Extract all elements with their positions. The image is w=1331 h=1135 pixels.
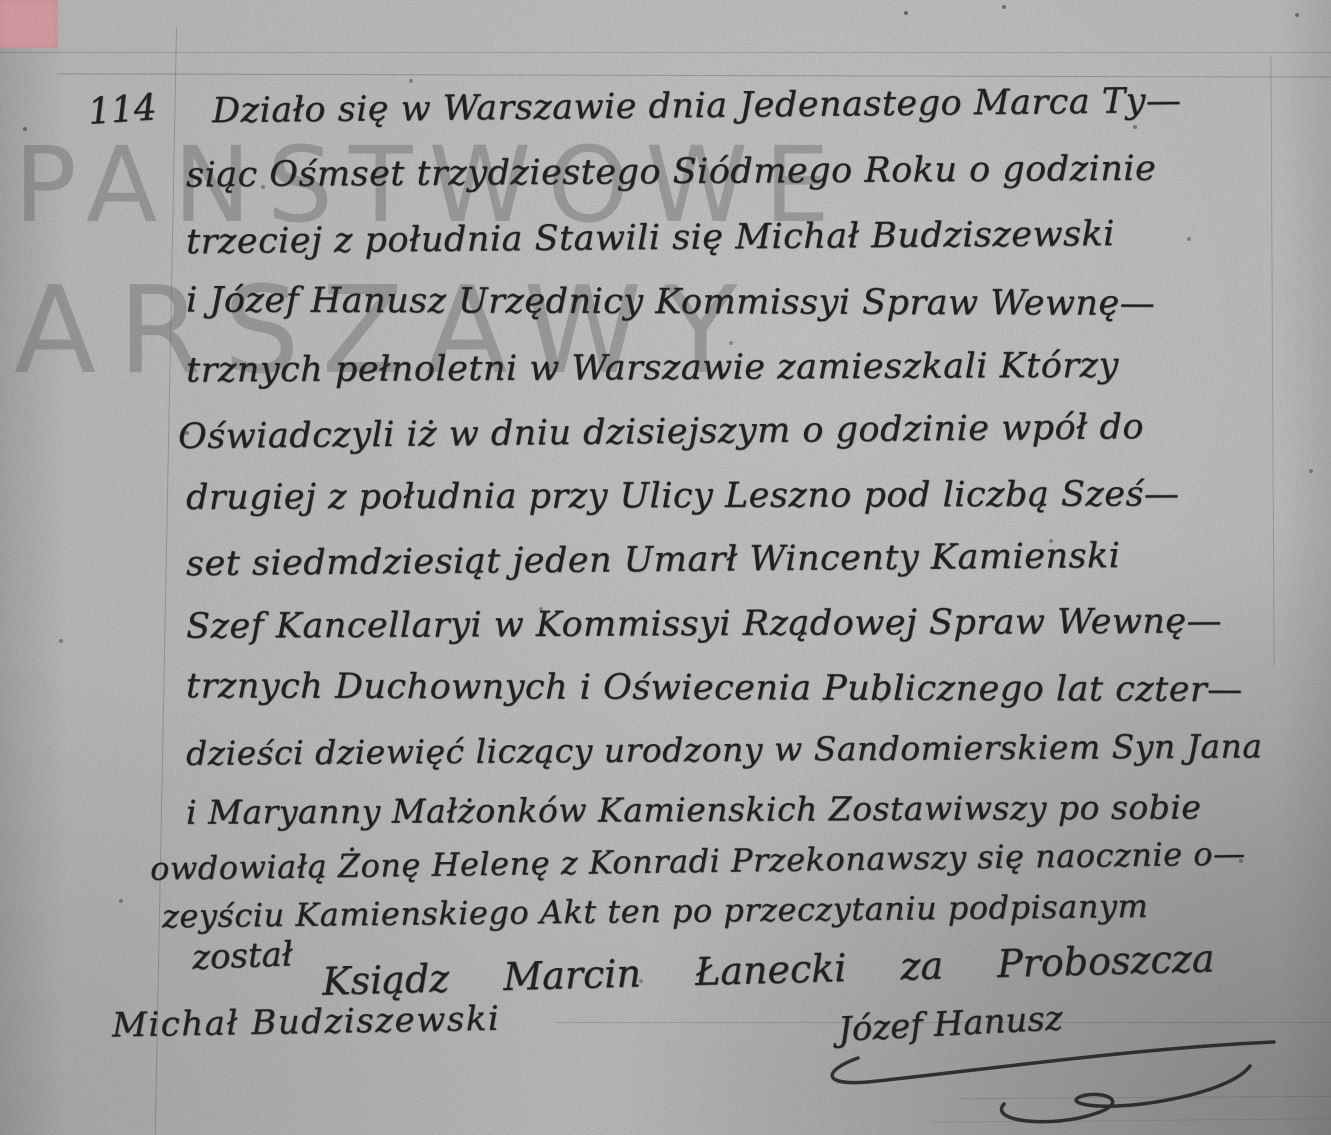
record-line: Oświadczyli iż w dniu dzisiejszym o godz… [178,407,1144,457]
record-line: dzieści dziewięć liczący urodzony w Sand… [186,726,1263,773]
record-line: owdowiałą Żonę Helenę z Konradi Przekona… [150,834,1246,887]
closing-word: został [191,934,293,977]
officiant-signature: Ksiądz Marcin Łanecki za Proboszcza [322,936,1215,1003]
ruled-line-bottom-b [930,1118,1331,1122]
ruled-line-top-lower [58,73,1331,77]
record-line: trznych Duchownych i Oświecenia Publiczn… [186,666,1243,710]
ruled-line-bottom-a [960,1096,1331,1100]
record-line: trznych pełnoletni w Warszawie zamieszka… [186,346,1119,391]
record-line: set siedmdziesiąt jeden Umarł Wincenty K… [186,536,1121,584]
witness-signature-hanusz: Józef Hanusz [837,998,1063,1050]
record-line: trzeciej z południa Stawili się Michał B… [186,214,1115,262]
record-line: zeyściu Kamienskiego Akt ten po przeczyt… [162,887,1149,935]
record-number: 114 [87,88,158,134]
scanned-death-record-page: PANSTWOWE ARSZAWY 114 Działo się w Warsz… [0,0,1331,1135]
record-line: siąc Ośmset trzydziestego Siódmego Roku … [186,149,1156,196]
record-line: drugiej z południa przy Ulicy Leszno pod… [186,474,1180,517]
record-line: i Maryanny Małżonków Kamienskich Zostawi… [186,787,1202,831]
archive-corner-tab [0,0,58,48]
record-line: i Józef Hanusz Urzędnicy Kommissyi Spraw… [186,280,1155,323]
record-line: Szef Kancellaryi w Kommissyi Rządowej Sp… [186,601,1222,646]
record-line: Działo się w Warszawie dnia Jedenastego … [212,81,1182,131]
witness-signature-budziszewski: Michał Budziszewski [112,999,501,1046]
ruled-line-top-upper [0,52,1331,53]
dust-specks [0,0,2,2]
ruled-line-right-margin [1270,56,1274,666]
